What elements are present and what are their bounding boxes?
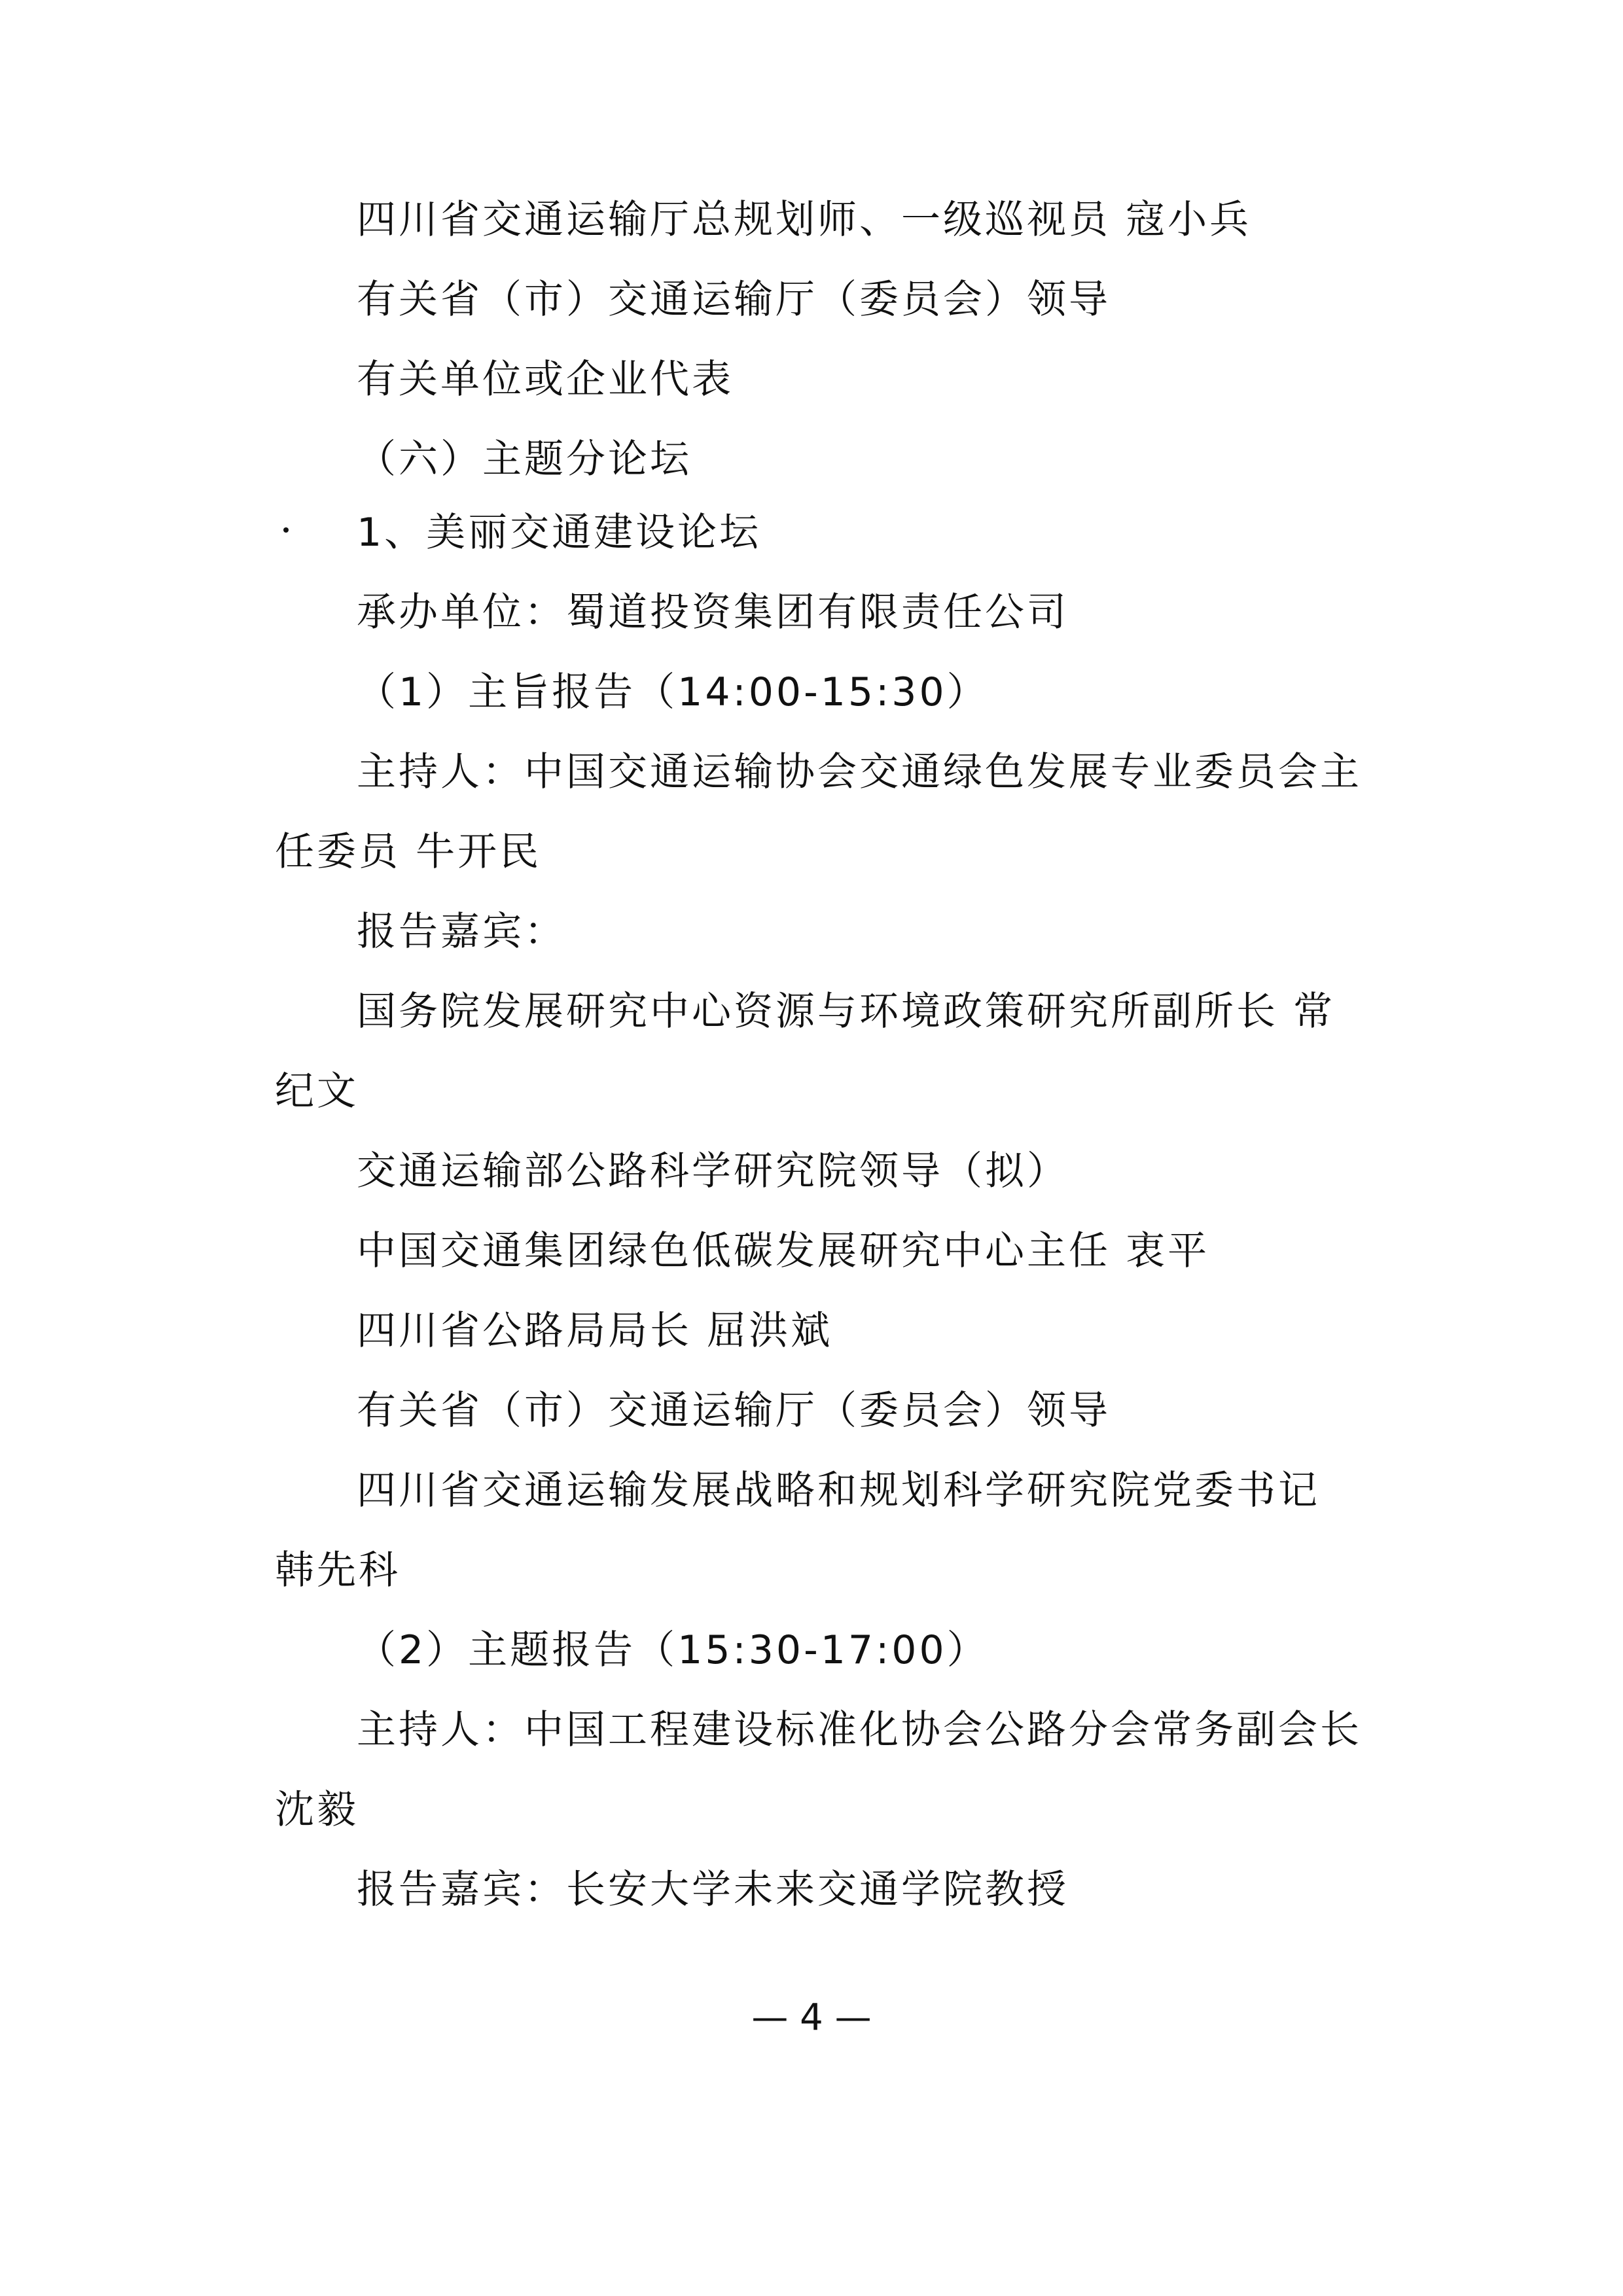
text-line: 四川省交通运输厅总规划师、一级巡视员 寇小兵 (357, 196, 1251, 243)
text-line-continuation: 任委员 牛开民 (275, 828, 541, 875)
text-line: 主持人：中国工程建设标准化协会公路分会常务副会长 (357, 1706, 1362, 1754)
document-page: 四川省交通运输厅总规划师、一级巡视员 寇小兵 有关省（市）交通运输厅（委员会）领… (0, 0, 1623, 2296)
page-number: — 4 — (0, 1994, 1623, 2041)
text-line: 主持人：中国交通运输协会交通绿色发展专业委员会主 (357, 749, 1362, 796)
text-line: 报告嘉宾： (357, 908, 566, 955)
stray-dot-mark (283, 527, 289, 533)
subsection-heading: 1、美丽交通建设论坛 (357, 509, 761, 556)
text-line: 承办单位：蜀道投资集团有限责任公司 (357, 589, 1069, 636)
text-line-continuation: 韩先科 (275, 1547, 401, 1594)
text-line: 国务院发展研究中心资源与环境政策研究所副所长 常 (357, 988, 1335, 1035)
section-heading: （六）主题分论坛 (357, 436, 692, 483)
text-line-continuation: 沈毅 (275, 1786, 359, 1833)
text-line: 四川省交通运输发展战略和规划科学研究院党委书记 (357, 1467, 1320, 1514)
text-line: 有关单位或企业代表 (357, 356, 734, 403)
text-line: 交通运输部公路科学研究院领导（拟） (357, 1148, 1069, 1195)
text-line: 有关省（市）交通运输厅（委员会）领导 (357, 276, 1111, 323)
text-line: 报告嘉宾：长安大学未来交通学院教授 (357, 1866, 1069, 1913)
text-line: 中国交通集团绿色低碳发展研究中心主任 衷平 (357, 1227, 1209, 1275)
text-line: 有关省（市）交通运输厅（委员会）领导 (357, 1387, 1111, 1434)
text-line-continuation: 纪文 (275, 1068, 359, 1115)
session-heading: （1）主旨报告（14:00-15:30） (357, 669, 989, 716)
session-heading: （2）主题报告（15:30-17:00） (357, 1627, 989, 1674)
text-line: 四川省公路局局长 屈洪斌 (357, 1307, 832, 1354)
